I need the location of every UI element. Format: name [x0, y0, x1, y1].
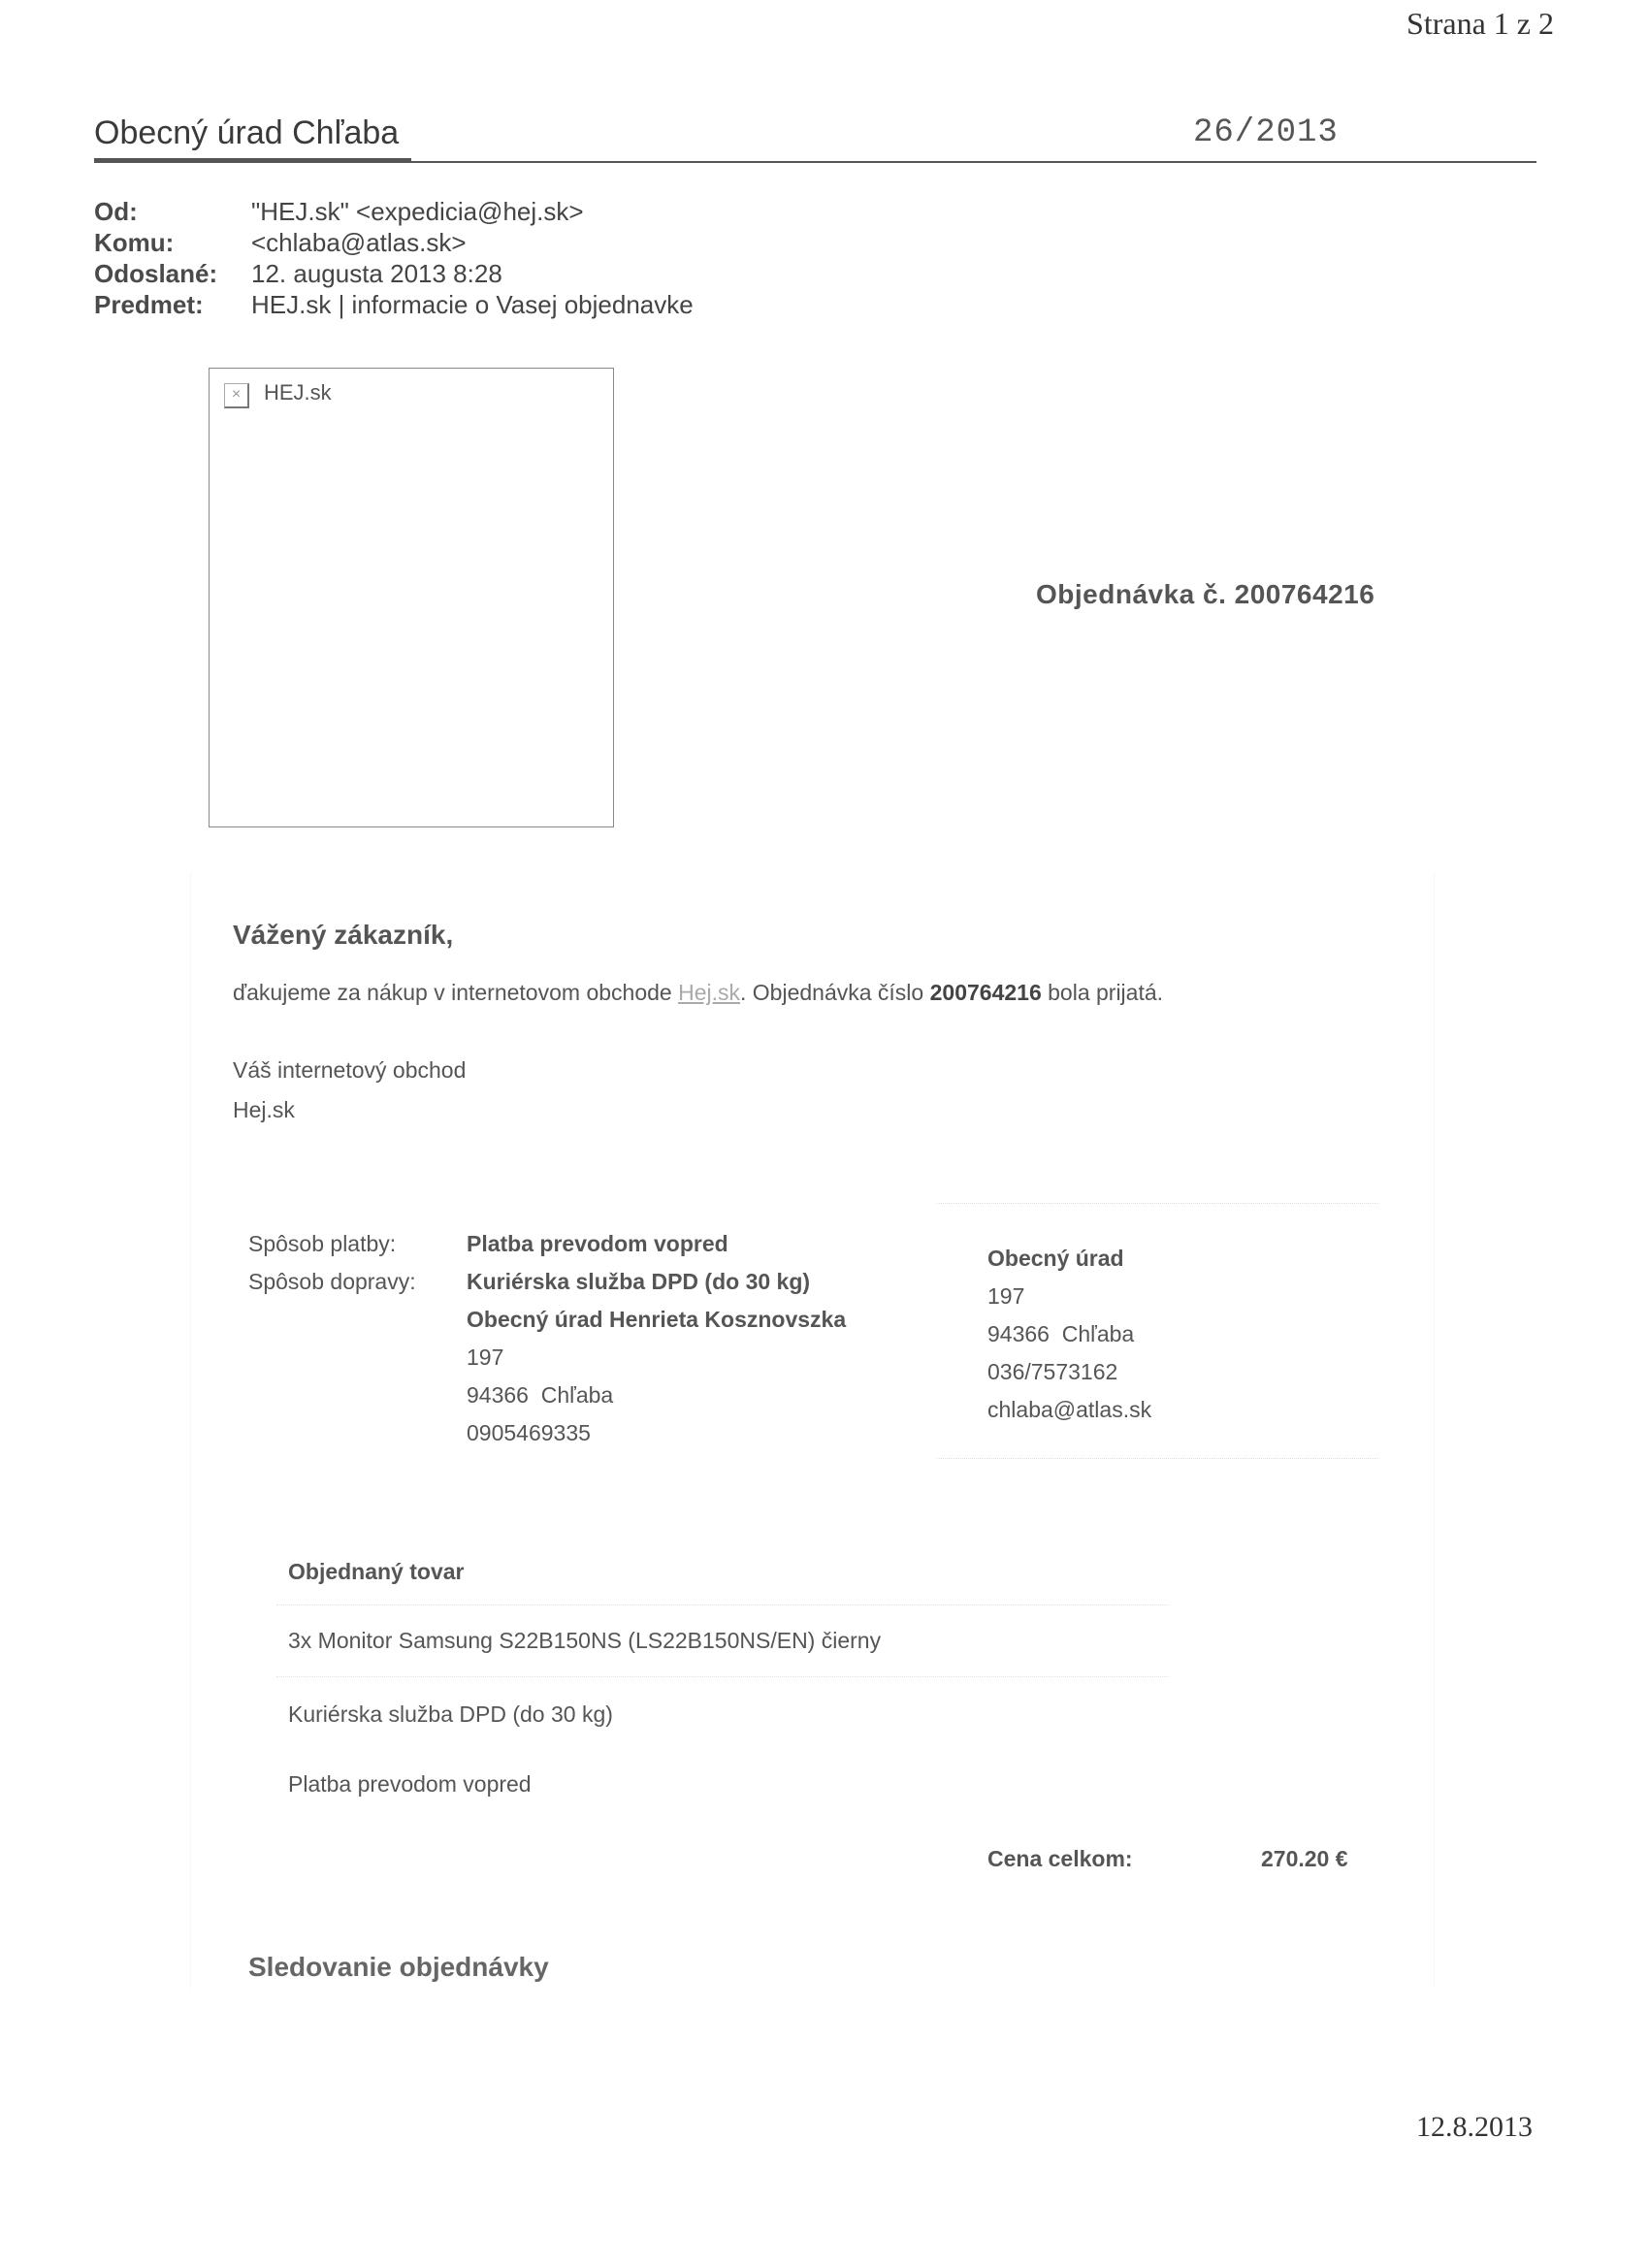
goods-divider — [276, 1604, 1169, 1605]
header-label: Predmet: — [94, 289, 251, 320]
print-date: 12.8.2013 — [1416, 2111, 1533, 2144]
content-border — [190, 873, 192, 1989]
page-number: Strana 1 z 2 — [1406, 6, 1554, 42]
shipping-label: Spôsob dopravy: — [248, 1263, 467, 1301]
order-details: Spôsob platby: Platba prevodom vopred Sp… — [248, 1225, 846, 1452]
header-subject: Predmet: HEJ.sk | informacie o Vasej obj… — [94, 289, 694, 320]
billing-name: Obecný úrad — [987, 1240, 1151, 1278]
goods-heading: Objednaný tovar — [288, 1559, 464, 1585]
payment-label: Spôsob platby: — [248, 1225, 467, 1263]
header-from: Od: "HEJ.sk" <expedicia@hej.sk> — [94, 196, 694, 227]
payment-value: Platba prevodom vopred — [467, 1225, 728, 1263]
header-value: "HEJ.sk" <expedicia@hej.sk> — [251, 196, 584, 227]
delivery-phone: 0905469335 — [467, 1414, 591, 1452]
signature-line: Váš internetový obchod — [233, 1051, 466, 1090]
goods-divider — [276, 1676, 1169, 1677]
delivery-name: Obecný úrad Henrieta Kosznovszka — [467, 1301, 846, 1339]
stamp-number: 26/2013 — [1193, 114, 1339, 151]
thanks-text: ďakujeme za nákup v internetovom obchode… — [233, 980, 1163, 1006]
total-label: Cena celkom: — [987, 1846, 1133, 1872]
header-label: Odoslané: — [94, 258, 251, 289]
broken-image-icon: × — [224, 383, 249, 408]
delivery-street-row: 197 — [248, 1339, 846, 1377]
goods-item: Platba prevodom vopred — [288, 1771, 532, 1798]
order-number: 200764216 — [930, 980, 1042, 1005]
header-value: 12. augusta 2013 8:28 — [251, 258, 502, 289]
greeting: Vážený zákazník, — [233, 920, 453, 951]
thanks-before: ďakujeme za nákup v internetovom obchode — [233, 980, 678, 1005]
thanks-middle: . Objednávka číslo — [740, 980, 930, 1005]
signature: Váš internetový obchod Hej.sk — [233, 1051, 466, 1130]
header-label: Od: — [94, 196, 251, 227]
shipping-value: Kuriérska služba DPD (do 30 kg) — [467, 1263, 810, 1301]
order-heading: Objednávka č. 200764216 — [1036, 579, 1374, 610]
logo-alt-text: HEJ.sk — [264, 380, 332, 405]
goods-item: Kuriérska služba DPD (do 30 kg) — [288, 1701, 613, 1728]
payment-row: Spôsob platby: Platba prevodom vopred — [248, 1225, 846, 1263]
header-to: Komu: <chlaba@atlas.sk> — [94, 227, 694, 258]
mail-headers: Od: "HEJ.sk" <expedicia@hej.sk> Komu: <c… — [94, 196, 694, 320]
billing-street: 197 — [987, 1278, 1151, 1315]
delivery-city: 94366 Chľaba — [467, 1377, 613, 1414]
header-sent: Odoslané: 12. augusta 2013 8:28 — [94, 258, 694, 289]
billing-email: chlaba@atlas.sk — [987, 1391, 1151, 1429]
logo-image-frame: × HEJ.sk — [209, 368, 614, 827]
billing-phone: 036/7573162 — [987, 1353, 1151, 1391]
goods-item: 3x Monitor Samsung S22B150NS (LS22B150NS… — [288, 1628, 881, 1654]
billing-city: 94366 Chľaba — [987, 1315, 1151, 1353]
delivery-street: 197 — [467, 1339, 503, 1377]
delivery-phone-row: 0905469335 — [248, 1414, 846, 1452]
total-value: 270.20 € — [1261, 1846, 1348, 1872]
mail-title: Obecný úrad Chľaba — [94, 114, 399, 152]
shipping-row: Spôsob dopravy: Kuriérska služba DPD (do… — [248, 1263, 846, 1301]
shop-link[interactable]: Hej.sk — [678, 980, 740, 1005]
signature-line: Hej.sk — [233, 1090, 466, 1130]
delivery-name-row: Obecný úrad Henrieta Kosznovszka — [248, 1301, 846, 1339]
header-value: <chlaba@atlas.sk> — [251, 227, 467, 258]
delivery-city-row: 94366 Chľaba — [248, 1377, 846, 1414]
billing-address: Obecný úrad 197 94366 Chľaba 036/7573162… — [987, 1240, 1151, 1429]
content-border — [1434, 873, 1436, 1989]
title-underline — [94, 158, 411, 163]
header-value: HEJ.sk | informacie o Vasej objednavke — [251, 289, 694, 320]
header-label: Komu: — [94, 227, 251, 258]
tracking-heading: Sledovanie objednávky — [248, 1952, 549, 1983]
thanks-after: bola prijatá. — [1042, 980, 1163, 1005]
